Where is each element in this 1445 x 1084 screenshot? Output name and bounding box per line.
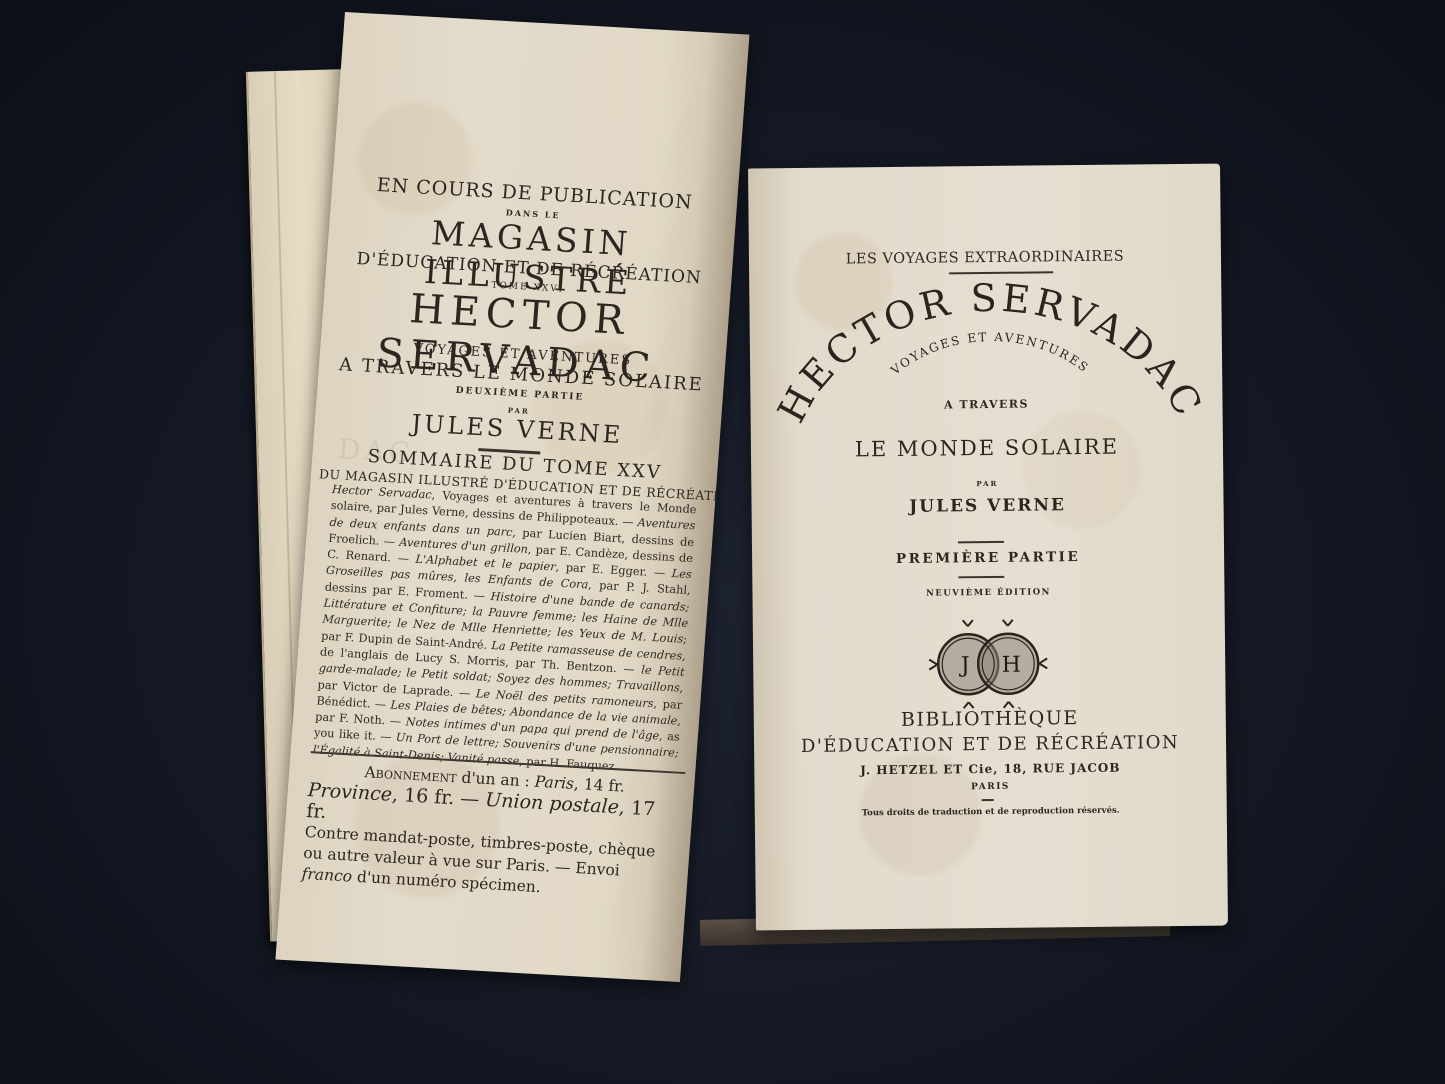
part-label: PREMIÈRE PARTIE (752, 548, 1224, 569)
divider-rule (958, 576, 1004, 578)
divider-rule (958, 541, 1004, 543)
publisher-line-1: BIBLIOTHÈQUE (754, 706, 1226, 733)
rights-notice: Tous droits de traduction et de reproduc… (755, 805, 1227, 820)
photo-scene: DAC EN COURS DE PUBLICATION DANS LE MAGA… (0, 0, 1445, 1084)
series-title: LES VOYAGES EXTRAORDINAIRES (749, 248, 1221, 269)
summary-entry-title: Hector Servadac (332, 483, 433, 502)
left-page: DAC EN COURS DE PUBLICATION DANS LE MAGA… (275, 12, 749, 982)
par-label: PAR (751, 477, 1223, 491)
monogram-letter-j: J (959, 653, 970, 678)
publisher-line-2: D'ÉDUCATION ET DE RÉCRÉATION (754, 732, 1226, 758)
publisher-city: PARIS (754, 780, 1226, 795)
subscription-block: Abonnement d'un an : Paris, 14 fr. Provi… (301, 759, 681, 905)
divider-rule (949, 271, 1053, 274)
svg-text:VOYAGES ET AVENTURES: VOYAGES ET AVENTURES (887, 329, 1092, 378)
monde-solaire: LE MONDE SOLAIRE (751, 434, 1223, 463)
divider-rule (982, 799, 994, 801)
publisher-address: J. HETZEL ET Cie, 18, RUE JACOB (754, 760, 1226, 779)
edition-label: NEUVIÈME ÉDITION (752, 586, 1224, 601)
summary-body: Hector Servadac, Voyages et aventures à … (312, 482, 697, 779)
right-page: LES VOYAGES EXTRAORDINAIRES HECTOR SERVA… (748, 164, 1228, 931)
author-name: JULES VERNE (751, 494, 1223, 519)
publisher-monogram-icon: J H (923, 613, 1054, 714)
subtitle-arc-text: VOYAGES ET AVENTURES (887, 329, 1092, 378)
monogram-letter-h: H (1002, 653, 1021, 678)
